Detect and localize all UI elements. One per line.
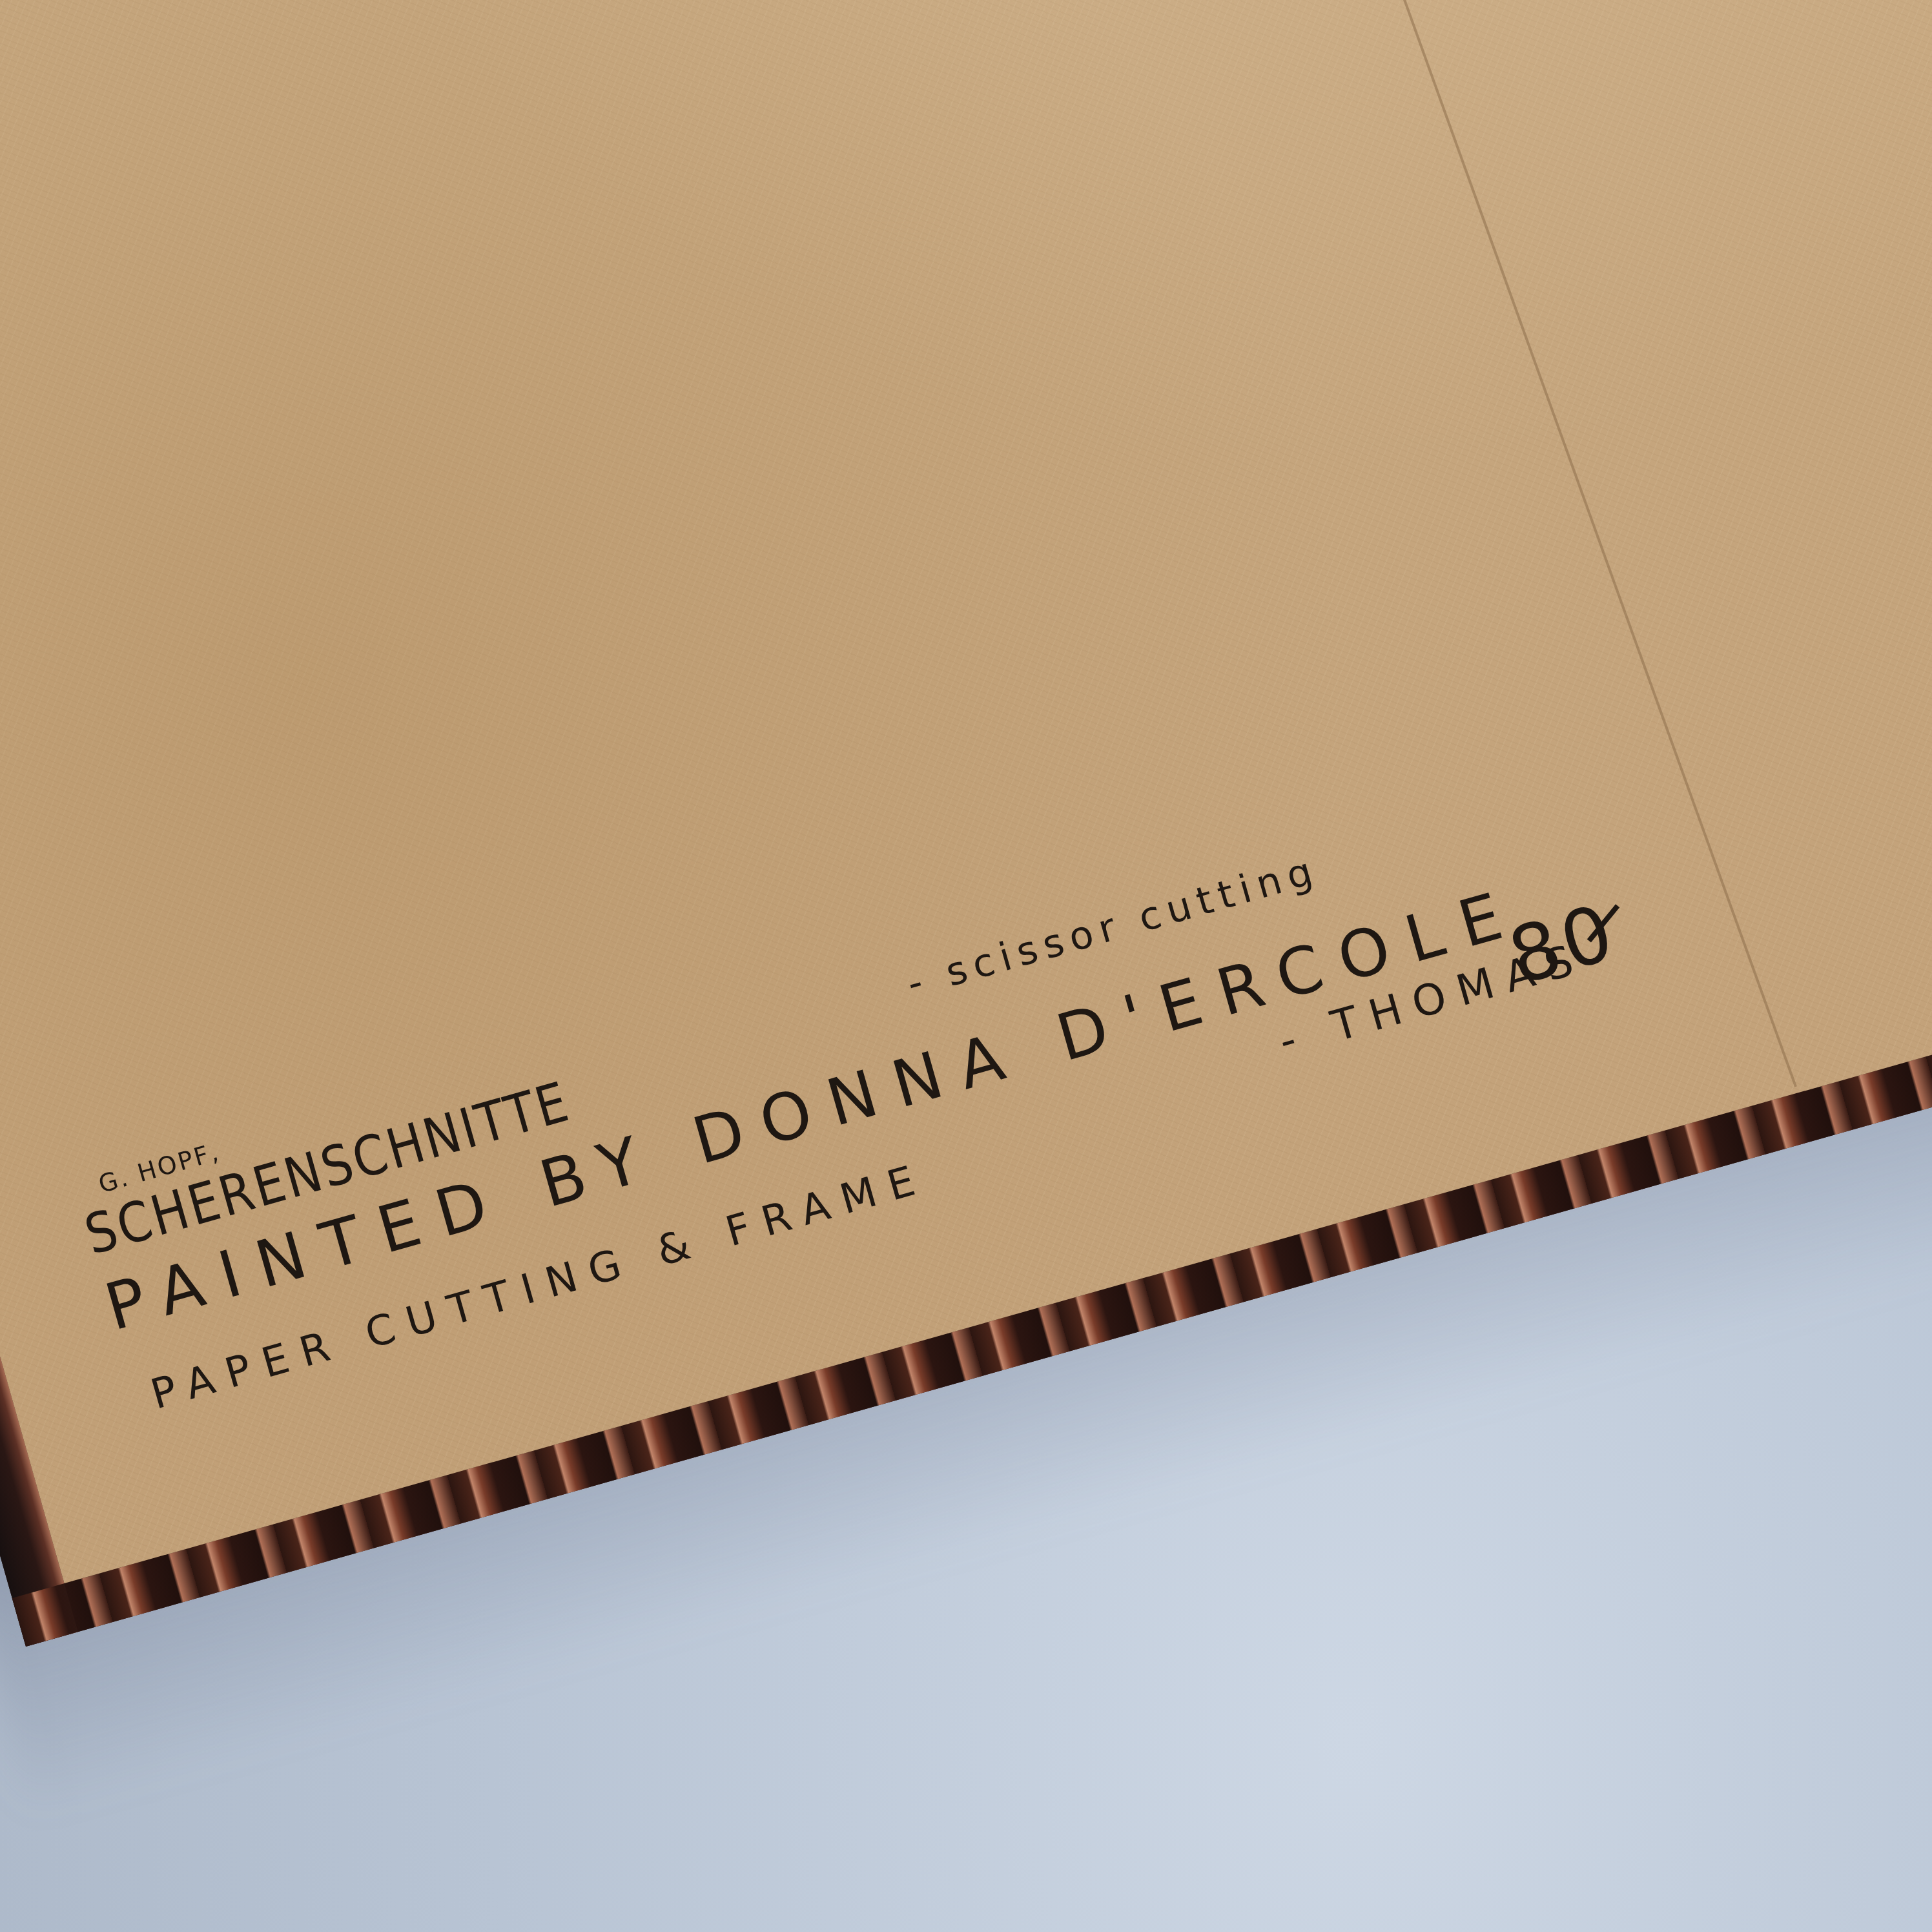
photo-scene: G. HOPF, SCHERENSCHNITTE - scissor cutti… <box>0 0 1932 1932</box>
price-mark: 80 <box>1499 875 1670 1003</box>
price-value: 80 <box>1499 887 1626 1003</box>
